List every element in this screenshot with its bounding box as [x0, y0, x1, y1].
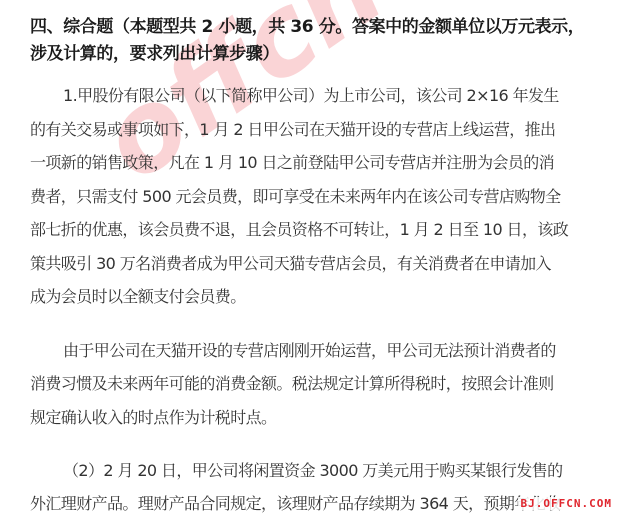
- paragraph-1-line: 成为会员时以全额支付会员费。: [30, 287, 600, 307]
- paragraph-1-line: 策共吸引 30 万名消费者成为甲公司天猫专营店会员，有关消费者在申请加入: [30, 254, 600, 274]
- paragraph-1-line: 一项新的销售政策，凡在 1 月 10 日之前登陆甲公司专营店并注册为会员的消: [30, 153, 600, 173]
- section-heading-line-2: 涉及计算的，要求列出计算步骤）: [30, 41, 600, 68]
- paragraph-1-line: 的有关交易或事项如下，1 月 2 日甲公司在天猫开设的专营店上线运营，推出: [30, 120, 600, 140]
- paragraph-1-line: 费者，只需支付 500 元会员费，即可享受在未来两年内在该公司专营店购物全: [30, 187, 600, 207]
- document-page: offcn中公会计 四、综合题（本题型共 2 小题，共 36 分。答案中的金额单…: [0, 0, 619, 514]
- paragraph-2-line: 规定确认收入的时点作为计税时点。: [30, 408, 600, 428]
- paragraph-2-line: 消费习惯及未来两年可能的消费金额。税法规定计算所得税时，按照会计准则: [30, 374, 600, 394]
- paragraph-3-line: 外汇理财产品。理财产品合同规定，该理财产品存续期为 364 天，预期年化收: [30, 494, 600, 514]
- section-heading-line-1: 四、综合题（本题型共 2 小题，共 36 分。答案中的金额单位以万元表示，: [30, 14, 600, 41]
- paragraph-2-line: 由于甲公司在天猫开设的专营店刚刚开始运营，甲公司无法预计消费者的: [63, 341, 619, 361]
- paragraph-1-line: 部七折的优惠，该会员费不退，且会员资格不可转让，1 月 2 日至 10 日，该政: [30, 220, 600, 240]
- source-badge: BJ.OFFCN.COM: [518, 497, 615, 510]
- paragraph-1-line: 1.甲股份有限公司（以下简称甲公司）为上市公司，该公司 2×16 年发生: [63, 86, 619, 106]
- paragraph-3-line: （2）2 月 20 日，甲公司将闲置资金 3000 万美元用于购买某银行发售的: [63, 461, 619, 481]
